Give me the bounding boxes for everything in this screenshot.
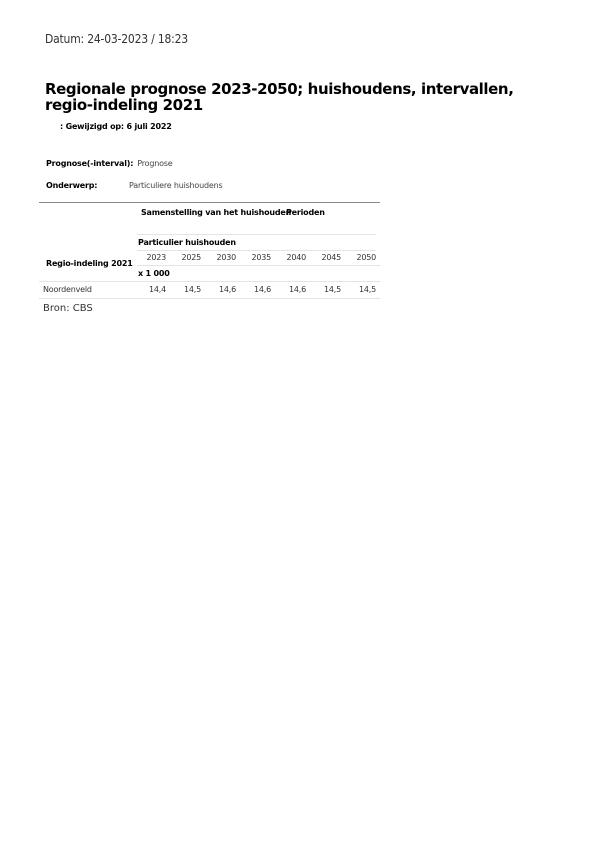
divider	[137, 265, 380, 266]
table-cell: 14,5	[346, 285, 376, 294]
table-cell: 14,5	[311, 285, 341, 294]
table-cell: 14,6	[206, 285, 236, 294]
divider	[39, 281, 380, 282]
report-date: Datum: 24-03-2023 / 18:23	[45, 32, 188, 46]
year-column-header: 2023	[136, 253, 166, 262]
filter-label: Prognose(-interval):	[46, 159, 133, 168]
divider	[39, 298, 380, 299]
filter-value: Prognose	[137, 159, 172, 168]
table-cell: 14,6	[276, 285, 306, 294]
year-column-header: 2030	[206, 253, 236, 262]
table-top-border	[39, 202, 380, 203]
filter-prognose: Prognose(-interval):Prognose	[46, 159, 172, 168]
row-header: Regio-indeling 2021	[46, 259, 133, 268]
table-cell: 14,4	[136, 285, 166, 294]
source-note: Bron: CBS	[43, 303, 93, 314]
year-column-header: 2045	[311, 253, 341, 262]
page-title: Regionale prognose 2023-2050; huishouden…	[45, 81, 545, 113]
filter-label: Onderwerp:	[46, 181, 129, 190]
year-column-header: 2035	[241, 253, 271, 262]
year-column-header: 2050	[346, 253, 376, 262]
filter-onderwerp: Onderwerp:Particuliere huishoudens	[46, 181, 222, 190]
sub-header: Particulier huishouden	[138, 238, 236, 247]
table-cell: 14,6	[241, 285, 271, 294]
modified-date: : Gewijzigd op: 6 juli 2022	[60, 122, 172, 131]
region-name: Noordenveld	[43, 285, 92, 294]
filter-value: Particuliere huishoudens	[129, 181, 222, 190]
year-column-header: 2040	[276, 253, 306, 262]
year-column-header: 2025	[171, 253, 201, 262]
divider	[137, 250, 376, 251]
column-group-header: Samenstelling van het huishouden	[141, 208, 291, 217]
column-group-header: Perioden	[286, 208, 325, 217]
table-cell: 14,5	[171, 285, 201, 294]
divider	[137, 234, 376, 235]
unit-label: x 1 000	[138, 269, 170, 278]
